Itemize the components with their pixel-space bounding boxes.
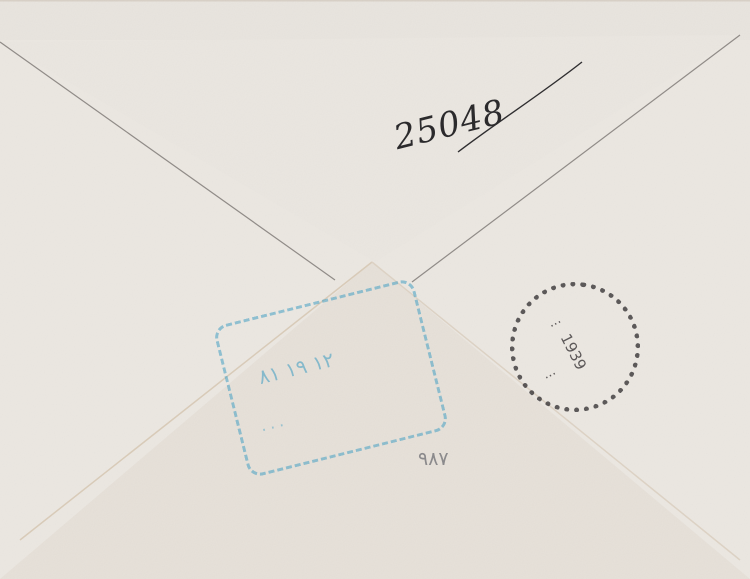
cachet-text: ... xyxy=(258,410,289,435)
cachet-date: ١٢ ١٩ ٨١ xyxy=(256,347,337,389)
envelope-back: 25048 ٩٨٧ ١٢ ١٩ ٨١ ... ... 1939 ... xyxy=(0,0,750,579)
postmark-top-text: ... xyxy=(546,312,564,331)
postmark-year: 1939 xyxy=(557,331,590,373)
postmark-bottom-text: ... xyxy=(540,364,558,383)
pencil-number: ٩٨٧ xyxy=(418,448,449,470)
